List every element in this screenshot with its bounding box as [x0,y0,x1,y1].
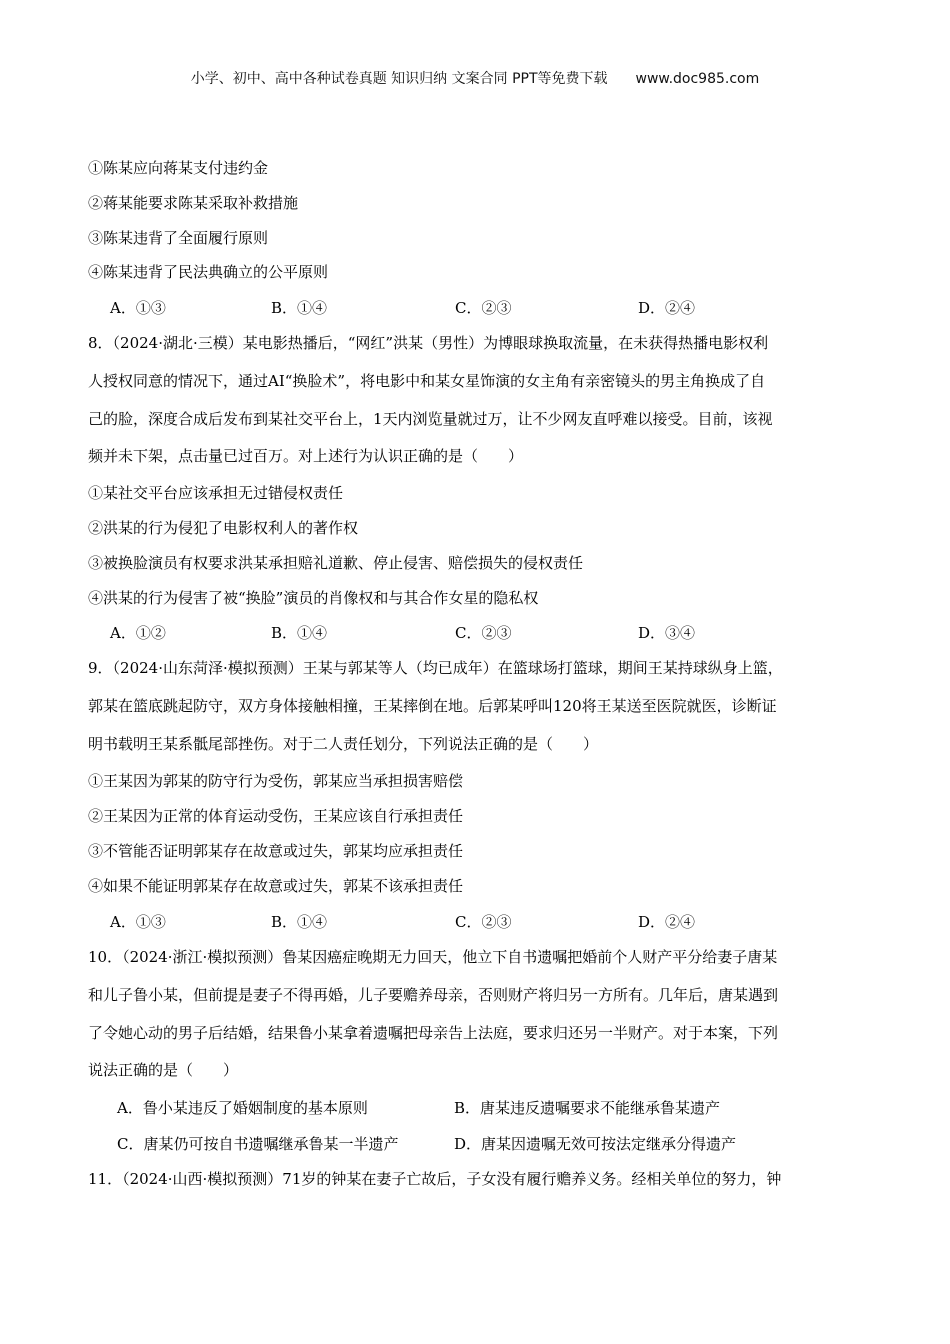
answer-options: A．①② B．①④ C．②③ D．③④ [0,622,950,642]
question-stem-line: 明书载明王某系骶尾部挫伤。对于二人责任划分，下列说法正确的是（ ） [88,734,598,754]
option-b: B．唐某违反遗嘱要求不能继承鲁某遗产 [454,1097,720,1118]
page-header: 小学、初中、高中各种试卷真题 知识归纳 文案合同 PPT等免费下载www.doc… [0,68,950,88]
statement-item: ④如果不能证明郭某存在故意或过失，郭某不该承担责任 [88,876,463,896]
statement-item: ④陈某违背了民法典确立的公平原则 [88,262,328,282]
option-a: A．鲁小某违反了婚姻制度的基本原则 [117,1097,368,1118]
option-b: B．①④ [271,297,327,318]
question-stem-line: 8．（2024·湖北·三模）某电影热播后，“网红”洪某（男性）为博眼球换取流量，… [88,333,768,353]
statement-item: ③不管能否证明郭某存在故意或过失，郭某均应承担责任 [88,841,463,861]
header-url: www.doc985.com [636,71,760,87]
question-stem-line: 人授权同意的情况下，通过AI“换脸术”，将电影中和某女星饰演的女主角有亲密镜头的… [88,371,765,391]
option-c: C．②③ [455,297,511,318]
question-stem-line: 11．（2024·山西·模拟预测）71岁的钟某在妻子亡故后，子女没有履行赡养义务… [88,1169,781,1189]
question-stem-line: 郭某在篮底跳起防守，双方身体接触相撞，王某摔倒在地。后郭某呼叫120将王某送至医… [88,696,777,716]
answer-options: A．鲁小某违反了婚姻制度的基本原则 B．唐某违反遗嘱要求不能继承鲁某遗产 [0,1097,950,1117]
option-b: B．①④ [271,622,327,643]
statement-item: ①王某因为郭某的防守行为受伤，郭某应当承担损害赔偿 [88,771,463,791]
option-c: C．②③ [455,911,511,932]
statement-item: ①陈某应向蒋某支付违约金 [88,158,268,178]
option-c: C．②③ [455,622,511,643]
header-text: 小学、初中、高中各种试卷真题 知识归纳 文案合同 PPT等免费下载 [191,71,608,87]
statement-item: ③陈某违背了全面履行原则 [88,228,268,248]
question-stem-line: 了令她心动的男子后结婚，结果鲁小某拿着遗嘱把母亲告上法庭，要求归还另一半财产。对… [88,1023,778,1043]
option-a: A．①③ [110,297,166,318]
option-a: A．①② [110,622,166,643]
statement-item: ②蒋某能要求陈某采取补救措施 [88,193,298,213]
question-stem-line: 说法正确的是（ ） [88,1060,238,1080]
option-a: A．①③ [110,911,166,932]
statement-item: ③被换脸演员有权要求洪某承担赔礼道歉、停止侵害、赔偿损失的侵权责任 [88,553,583,573]
answer-options: A．①③ B．①④ C．②③ D．②④ [0,911,950,931]
question-stem-line: 10．（2024·浙江·模拟预测）鲁某因癌症晚期无力回天，他立下自书遗嘱把婚前个… [88,947,777,967]
option-d: D．唐某因遗嘱无效可按法定继承分得遗产 [454,1133,736,1154]
answer-options: A．①③ B．①④ C．②③ D．②④ [0,297,950,317]
question-stem-line: 己的脸，深度合成后发布到某社交平台上，1天内浏览量就过万，让不少网友直呼难以接受… [88,409,773,429]
option-d: D．③④ [638,622,695,643]
question-stem-line: 9．（2024·山东菏泽·模拟预测）王某与郭某等人（均已成年）在篮球场打篮球，期… [88,658,783,678]
option-d: D．②④ [638,297,695,318]
statement-item: ①某社交平台应该承担无过错侵权责任 [88,483,343,503]
answer-options: C．唐某仍可按自书遗嘱继承鲁某一半遗产 D．唐某因遗嘱无效可按法定继承分得遗产 [0,1133,950,1153]
option-d: D．②④ [638,911,695,932]
question-stem-line: 频并未下架，点击量已过百万。对上述行为认识正确的是（ ） [88,446,523,466]
option-b: B．①④ [271,911,327,932]
statement-item: ④洪某的行为侵害了被“换脸”演员的肖像权和与其合作女星的隐私权 [88,588,538,608]
question-stem-line: 和儿子鲁小某，但前提是妻子不得再婚，儿子要赡养母亲，否则财产将归另一方所有。几年… [88,985,778,1005]
statement-item: ②王某因为正常的体育运动受伤，王某应该自行承担责任 [88,806,463,826]
statement-item: ②洪某的行为侵犯了电影权利人的著作权 [88,518,358,538]
option-c: C．唐某仍可按自书遗嘱继承鲁某一半遗产 [117,1133,398,1154]
